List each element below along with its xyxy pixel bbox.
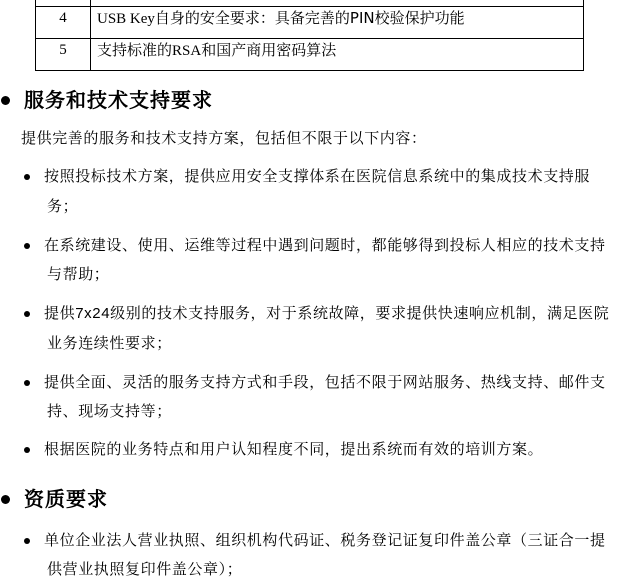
- list-item-line: 提供7x24级别的技术支持服务，对于系统故障，要求提供快速响应机制，满足医院: [44, 304, 609, 323]
- cell-text: 和国产商用密码算法: [201, 41, 336, 59]
- latin-text: RSA: [172, 43, 201, 59]
- service-level-number: 7x24: [75, 305, 110, 322]
- latin-text: USB Key: [97, 11, 155, 27]
- table-row: 5 支持标准的RSA和国产商用密码算法: [36, 39, 584, 71]
- table-cell-text: USB Key自身的安全要求：具备完善的PIN校验保护功能: [91, 7, 584, 39]
- list-bullet-icon: [24, 174, 30, 180]
- section-intro: 提供完善的服务和技术支持方案，包括但不限于以下内容：: [21, 129, 427, 147]
- cell-text: 自身的安全要求：具备完善的PIN校验保护功能: [155, 9, 465, 27]
- list-item-line: 在系统建设、使用、运维等过程中遇到问题时，都能够得到投标人相应的技术支持: [44, 236, 606, 254]
- list-item-line: 根据医院的业务特点和用户认知程度不同，提出系统而有效的培训方案。: [44, 440, 543, 458]
- list-item-line: 务；: [47, 197, 78, 215]
- table-cell-text: 支持标准的RSA和国产商用密码算法: [91, 39, 584, 71]
- text: 级别的技术支持服务，对于系统故障，要求提供快速响应机制，满足医院: [110, 304, 609, 322]
- table-cell-number: 5: [36, 39, 91, 71]
- list-item-line: 供营业执照复印件盖公章）；: [47, 560, 242, 578]
- table-row: 4 USB Key自身的安全要求：具备完善的PIN校验保护功能: [36, 7, 584, 39]
- section-heading: 服务和技术支持要求: [24, 88, 213, 112]
- heading-bullet-icon: [1, 96, 10, 105]
- list-bullet-icon: [24, 311, 30, 317]
- list-item-line: 按照投标技术方案，提供应用安全支撑体系在医院信息系统中的集成技术支持服: [44, 167, 590, 185]
- list-item-line: 业务连续性要求；: [47, 334, 172, 352]
- section-heading: 资质要求: [24, 487, 108, 511]
- list-bullet-icon: [24, 243, 30, 249]
- list-item-line: 提供全面、灵活的服务支持方式和手段，包括不限于网站服务、热线支持、邮件支: [44, 373, 606, 391]
- list-item-line: 与帮助；: [47, 265, 109, 283]
- requirements-table: 4 USB Key自身的安全要求：具备完善的PIN校验保护功能 5 支持标准的R…: [35, 0, 584, 71]
- text: 提供: [44, 304, 75, 322]
- cell-text: 支持标准的: [97, 41, 172, 59]
- list-item-line: 持、现场支持等；: [47, 402, 172, 420]
- list-bullet-icon: [24, 380, 30, 386]
- heading-bullet-icon: [1, 495, 10, 504]
- list-item-line: 单位企业法人营业执照、组织机构代码证、税务登记证复印件盖公章（三证合一提: [44, 531, 606, 549]
- list-bullet-icon: [24, 538, 30, 544]
- list-bullet-icon: [24, 447, 30, 453]
- table-cell-number: 4: [36, 7, 91, 39]
